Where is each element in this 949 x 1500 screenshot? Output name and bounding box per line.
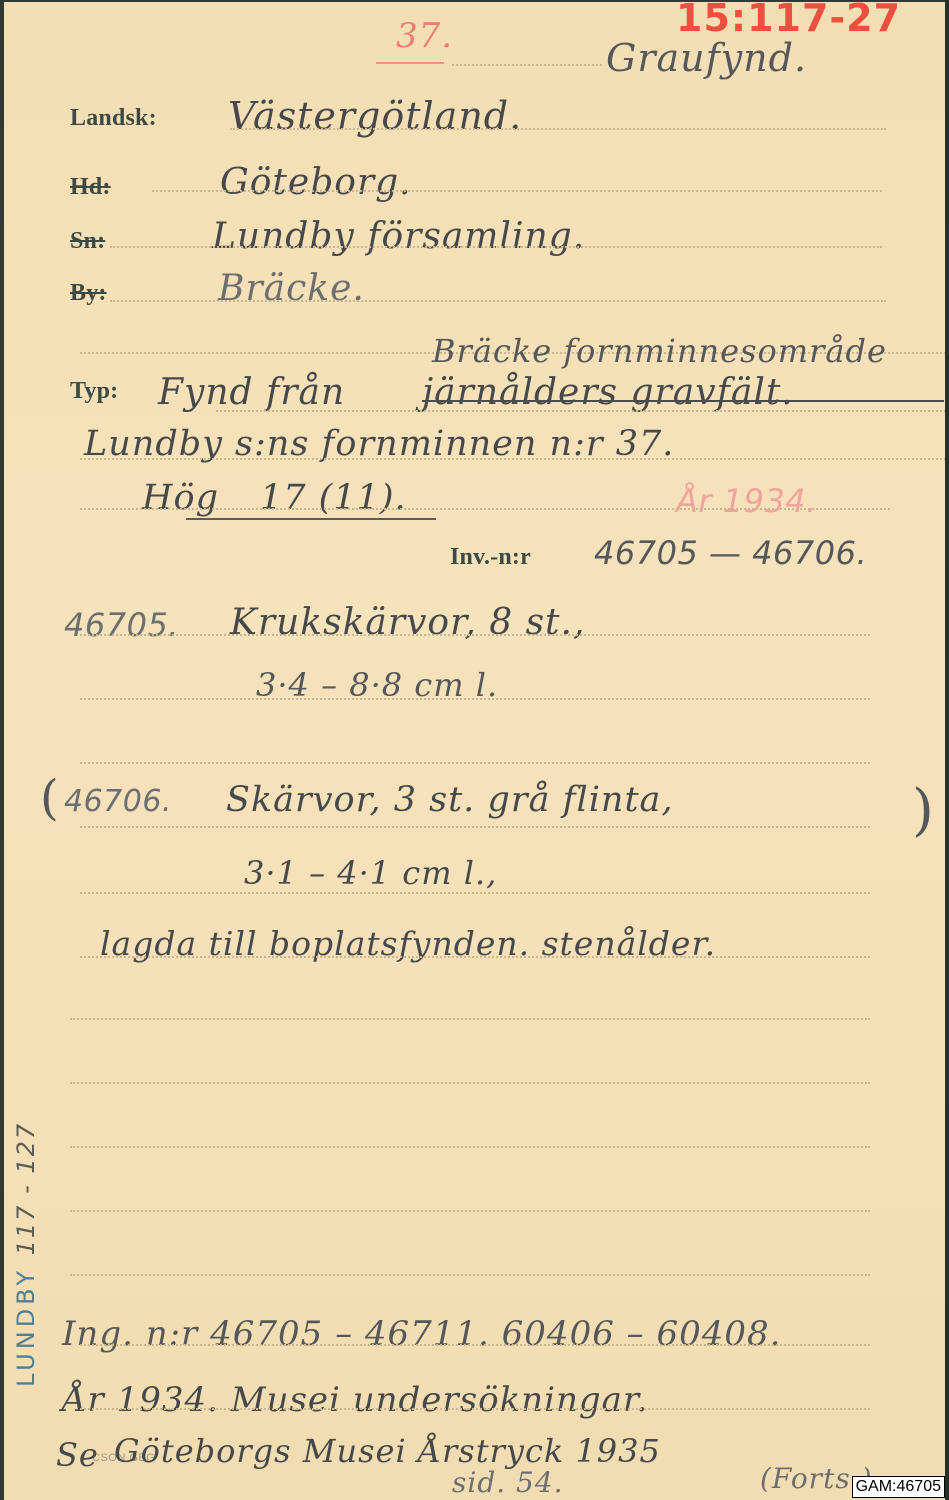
field-label-by: By: [70, 280, 107, 307]
open-parenthesis: ( [40, 770, 59, 826]
item-number: 46705. [64, 606, 179, 644]
dotted-line [80, 634, 870, 636]
close-parenthesis: ) [912, 778, 934, 843]
dotted-line [80, 956, 870, 958]
field-value-sn: Lundby församling. [212, 216, 585, 257]
dotted-line [80, 892, 870, 894]
item-size: 3·1 – 4·1 cm l., [244, 854, 497, 892]
dotted-line [80, 1344, 870, 1346]
card-edge [945, 0, 949, 1500]
field-value-landsk: Västergötland. [228, 94, 522, 138]
ing-line: Ing. n:r 46705 – 46711. 60406 – 60408. [62, 1314, 781, 1354]
dotted-line [110, 246, 882, 248]
inventory-range: 46705 — 46706. [594, 534, 867, 572]
field-label-sn: Sn: [70, 228, 105, 255]
dotted-line [80, 1408, 870, 1410]
dotted-line [70, 1274, 870, 1276]
field-label-hd: Hd: [70, 174, 111, 201]
dotted-line [152, 190, 882, 192]
card-sequence-number: 37. [396, 16, 453, 56]
catalog-card: 37. 15:117-27 Graufynd. Landsk: Västergö… [4, 2, 945, 1500]
field-value-by: Bräcke. [218, 268, 365, 309]
publication-page: sid. 54. [452, 1466, 564, 1499]
catalog-stamp: 15:117-27 [676, 2, 901, 40]
item-number: 46706. [64, 784, 172, 819]
mound-underline [186, 518, 436, 520]
field-label-landsk: Landsk: [70, 105, 157, 132]
year-red: År 1934. [676, 482, 817, 520]
field-value-hd: Göteborg. [220, 162, 412, 203]
typ-mound-number: 17 (11). [260, 478, 407, 518]
dotted-line [216, 410, 945, 412]
field-label-typ: Typ: [70, 378, 118, 405]
dotted-line [80, 826, 870, 828]
year-line: År 1934. Musei undersökningar. [62, 1380, 648, 1420]
dotted-line [80, 458, 945, 460]
typ-line1-struck: järnålders gravfält. [422, 372, 794, 413]
typ-correction: Bräcke fornminnesområde [432, 332, 887, 370]
dotted-line [452, 64, 602, 66]
typ-line3-prefix: Hög [142, 478, 219, 518]
sequence-underline [376, 62, 444, 64]
dotted-line [70, 1146, 870, 1148]
dotted-line [70, 1210, 870, 1212]
category-label: Graufynd. [606, 36, 807, 80]
side-stamp-range: 117 - 127 [12, 1122, 40, 1256]
dotted-line [110, 300, 886, 302]
dotted-line [80, 508, 890, 510]
side-stamp: LUNDBY 117 - 127 [12, 1122, 40, 1387]
typ-line1-prefix: Fynd från [158, 372, 345, 413]
dotted-line [80, 762, 870, 764]
dotted-line [70, 1082, 870, 1084]
strikethrough [422, 400, 944, 402]
item-description: Krukskärvor, 8 st., [230, 602, 585, 643]
publication-reference: Göteborgs Musei Årstryck 1935 [114, 1432, 661, 1470]
dotted-line [230, 128, 886, 130]
inventory-label: Inv.-n:r [450, 544, 531, 571]
publication-prefix: Se [56, 1436, 99, 1474]
dotted-line [70, 1018, 870, 1020]
side-stamp-text: LUNDBY [12, 1267, 40, 1387]
archive-id-tag: GAM:46705 [852, 1476, 945, 1498]
item-description: Skärvor, 3 st. grå flinta, [226, 780, 674, 820]
dotted-line [80, 698, 870, 700]
